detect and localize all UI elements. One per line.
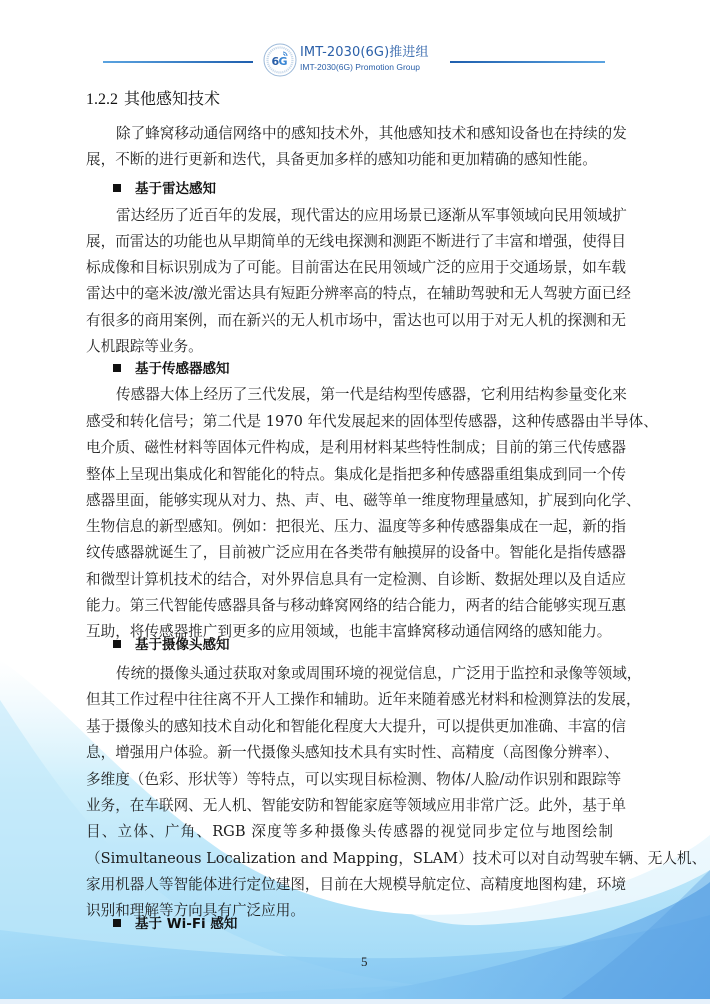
sensor-line: 传感器大体上经历了三代发展，第一代是结构型传感器，它利用结构参量变化来 [116, 385, 613, 405]
subsection-title: 基于雷达感知 [135, 181, 216, 197]
radar-line: 有很多的商用案例，而在新兴的无人机市场中，雷达也可以用于对无人机的探测和无 [86, 311, 613, 331]
imt2030-logo-icon: 6 G [263, 43, 297, 77]
subsection-title: 基于摄像头感知 [135, 637, 230, 653]
sensor-line: 电介质、磁性材料等固体元件构成，是利用材料某些特性制成；目前的第三代传感器 [86, 438, 613, 458]
intro-line: 展，不断的进行更新和迭代，具备更加多样的感知功能和更加精确的感知性能。 [86, 150, 613, 170]
radar-line: 雷达经历了近百年的发展，现代雷达的应用场景已逐渐从军事领域向民用领域扩 [116, 206, 613, 226]
camera-line: 多维度（色彩、形状等）等特点，可以实现目标检测、物体/人脸/动作识别和跟踪等 [86, 770, 613, 790]
sensor-line: 和微型计算机技术的结合，对外界信息具有一定检测、自诊断、数据处理以及自适应 [86, 570, 613, 590]
sensor-line: 生物信息的新型感知。例如：把很光、压力、温度等多种传感器集成在一起，新的指 [86, 517, 613, 537]
document-page: 6 G IMT-2030(6G)推进组 IMT-2030(6G) Promoti… [0, 0, 710, 1004]
square-bullet-icon [113, 364, 121, 372]
header-rule-right [450, 61, 605, 63]
camera-line: 基于摄像头的感知技术自动化和智能化程度大大提升，可以提供更加准确、丰富的信 [86, 717, 613, 737]
camera-line: 但其工作过程中往往离不开人工操作和辅助。近年来随着感光材料和检测算法的发展， [86, 690, 613, 710]
camera-line: 家用机器人等智能体进行定位建图，目前在大规模导航定位、高精度地图构建，环境 [86, 875, 613, 895]
square-bullet-icon [113, 919, 121, 927]
subsection-heading-sensor: 基于传感器感知 [113, 360, 230, 378]
camera-line: 息，增强用户体验。新一代摄像头感知技术具有实时性、高精度（高图像分辨率）、 [86, 743, 613, 763]
radar-line: 雷达中的毫米波/激光雷达具有短距分辨率高的特点，在辅助驾驶和无人驾驶方面已经 [86, 284, 613, 304]
brand-name-cn: IMT-2030(6G)推进组 [300, 45, 429, 61]
radar-line: 展，而雷达的功能也从早期简单的无线电探测和测距不断进行了丰富和增强，使得目 [86, 232, 613, 252]
radar-line: 标成像和目标识别成为了可能。目前雷达在民用领域广泛的应用于交通场景，如车载 [86, 258, 613, 278]
subsection-heading-radar: 基于雷达感知 [113, 180, 216, 198]
sensor-line: 感器里面，能够实现从对力、热、声、电、磁等单一维度物理量感知，扩展到向化学、 [86, 491, 613, 511]
subsection-title: 基于 Wi-Fi 感知 [135, 916, 237, 932]
square-bullet-icon [113, 184, 121, 192]
subsection-title: 基于传感器感知 [135, 361, 230, 377]
sensor-line: 整体上呈现出集成化和智能化的特点。集成化是指把多种传感器重组集成到同一个传 [86, 465, 613, 485]
subsection-heading-wifi: 基于 Wi-Fi 感知 [113, 915, 237, 933]
camera-line: 传统的摄像头通过获取对象或周围环境的视觉信息，广泛用于监控和录像等领域， [116, 664, 613, 684]
camera-line: （Simultaneous Localization and Mapping，S… [86, 849, 613, 869]
section-title: 其他感知技术 [124, 89, 220, 108]
header-brand: IMT-2030(6G)推进组 IMT-2030(6G) Promotion G… [300, 45, 429, 73]
intro-line: 除了蜂窝移动通信网络中的感知技术外，其他感知技术和感知设备也在持续的发 [116, 124, 613, 144]
sensor-line: 感受和转化信号；第二代是 1970 年代发展起来的固体型传感器，这种传感器由半导… [86, 412, 613, 432]
camera-line: 目、立体、广角、RGB 深度等多种摄像头传感器的视觉同步定位与地图绘制 [86, 822, 613, 842]
section-number: 1.2.2 [86, 91, 118, 108]
header-rule-left [103, 61, 253, 63]
section-heading: 1.2.2其他感知技术 [86, 89, 220, 110]
sensor-line: 纹传感器就诞生了，目前被广泛应用在各类带有触摸屏的设备中。智能化是指传感器 [86, 543, 613, 563]
svg-text:G: G [279, 55, 288, 68]
camera-line: 业务，在车联网、无人机、智能安防和智能家庭等领域应用非常广泛。此外，基于单 [86, 796, 613, 816]
square-bullet-icon [113, 640, 121, 648]
page-number: 5 [361, 954, 368, 970]
sensor-line: 能力。第三代智能传感器具备与移动蜂窝网络的结合能力，两者的结合能够实现互惠 [86, 596, 613, 616]
brand-name-en: IMT-2030(6G) Promotion Group [300, 61, 429, 73]
subsection-heading-camera: 基于摄像头感知 [113, 636, 230, 654]
radar-line: 人机跟踪等业务。 [86, 337, 613, 357]
